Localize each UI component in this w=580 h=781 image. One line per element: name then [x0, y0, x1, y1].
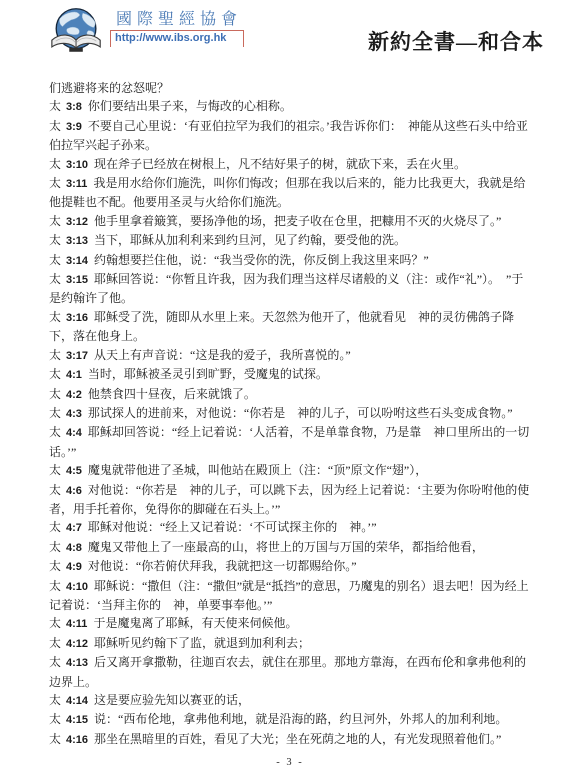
verse-paragraph: 太4:9对他说：“你若俯伏拜我，我就把这一切都赐给你。”	[49, 557, 533, 576]
verse-list: 太3:8你们要结出果子来，与悔改的心相称。 太3:9不要自己心里说：‘有亚伯拉罕…	[49, 97, 533, 749]
globe-book-logo-icon	[48, 7, 106, 54]
verse-book-label: 太	[49, 214, 61, 228]
verse-number: 4:2	[66, 389, 82, 401]
verse-text: 对他说：“你若俯伏拜我，我就把这一切都赐给你。”	[88, 559, 357, 573]
verse-paragraph: 太3:11我是用水给你们施洗，叫你们悔改；但那在我以后来的，能力比我更大，我就是…	[49, 174, 533, 212]
brand-text: 國際聖經協會 http://www.ibs.org.hk	[110, 7, 244, 47]
verse-paragraph: 太3:14约翰想要拦住他，说：“我当受你的洗，你反倒上我这里来吗？”	[49, 251, 533, 270]
verse-text: 约翰想要拦住他，说：“我当受你的洗，你反倒上我这里来吗？”	[94, 253, 429, 267]
verse-number: 3:15	[66, 274, 88, 286]
verse-paragraph: 太4:10耶稣说：“撒但（注：“撒但”就是“抵挡”的意思，乃魔鬼的别名）退去吧！…	[49, 577, 533, 615]
verse-text: 那试探人的进前来，对他说：“你若是 神的儿子，可以吩咐这些石头变成食物。”	[88, 406, 513, 420]
verse-book-label: 太	[49, 425, 61, 439]
verse-paragraph: 太4:2他禁食四十昼夜，后来就饿了。	[49, 385, 533, 404]
verse-book-label: 太	[49, 348, 61, 362]
verse-text: 从天上有声音说：“这是我的爱子，我所喜悦的。”	[94, 348, 351, 362]
verse-number: 4:14	[66, 695, 88, 707]
verse-text: 后又离开拿撒勒，往迦百农去，就住在那里。那地方靠海，在西布伦和拿弗他利的边界上。	[49, 655, 526, 688]
verse-text: 当时，耶稣被圣灵引到旷野，受魔鬼的试探。	[88, 367, 328, 381]
verse-book-label: 太	[49, 233, 61, 247]
verse-book-label: 太	[49, 520, 61, 534]
verse-paragraph: 太3:13当下，耶稣从加利利来到约旦河，见了约翰，要受他的洗。	[49, 231, 533, 250]
verse-book-label: 太	[49, 540, 61, 554]
verse-book-label: 太	[49, 712, 61, 726]
verse-book-label: 太	[49, 655, 61, 669]
verse-book-label: 太	[49, 157, 61, 171]
verse-number: 4:3	[66, 408, 82, 420]
verse-book-label: 太	[49, 463, 61, 477]
verse-number: 4:11	[66, 618, 87, 630]
verse-book-label: 太	[49, 119, 61, 133]
verse-paragraph: 太3:12他手里拿着簸箕，要扬净他的场，把麦子收在仓里，把糠用不灭的火烧尽了。”	[49, 212, 533, 231]
verse-text: 耶稣对他说：“经上又记着说：‘不可试探主你的 神。’”	[88, 520, 377, 534]
verse-text: 耶稣受了洗，随即从水里上来。天忽然为他开了，他就看见 神的灵彷佛鸽子降下，落在他…	[49, 310, 514, 343]
verse-book-label: 太	[49, 272, 61, 286]
verse-text: 耶稣却回答说：“经上记着说：‘人活着，不是单靠食物，乃是靠 神口里所出的一切话。…	[49, 425, 529, 458]
verse-book-label: 太	[49, 367, 61, 381]
verse-number: 4:16	[66, 734, 88, 746]
verse-text: 说：“西布伦地，拿弗他利地，就是沿海的路，约旦河外，外邦人的加利利地。	[94, 712, 507, 726]
verse-paragraph: 太4:4耶稣却回答说：“经上记着说：‘人活着，不是单靠食物，乃是靠 神口里所出的…	[49, 423, 533, 461]
verse-book-label: 太	[49, 176, 61, 190]
verse-book-label: 太	[49, 636, 61, 650]
verse-text: 你们要结出果子来，与悔改的心相称。	[88, 99, 292, 113]
verse-text: 现在斧子已经放在树根上，凡不结好果子的树，就砍下来，丢在火里。	[94, 157, 466, 171]
verse-paragraph: 太3:16耶稣受了洗，随即从水里上来。天忽然为他开了，他就看见 神的灵彷佛鸽子降…	[49, 308, 533, 346]
verse-paragraph: 太4:14这是要应验先知以赛亚的话，	[49, 691, 533, 710]
verse-text: 耶稣说：“撒但（注：“撒但”就是“抵挡”的意思，乃魔鬼的别名）退去吧！因为经上记…	[49, 579, 529, 612]
verse-text: 他禁食四十昼夜，后来就饿了。	[88, 387, 256, 401]
verse-book-label: 太	[49, 732, 61, 746]
verse-text: 耶稣听见约翰下了监，就退到加利利去；	[94, 636, 310, 650]
document-title: 新約全書—和合本	[368, 26, 544, 56]
verse-number: 4:4	[66, 427, 82, 439]
verse-book-label: 太	[49, 406, 61, 420]
verse-number: 3:17	[66, 350, 88, 362]
verse-text: 对他说：“你若是 神的儿子，可以跳下去，因为经上记着说：‘主要为你吩咐他的使者，…	[49, 483, 529, 516]
verse-number: 4:13	[66, 657, 88, 669]
scripture-body: 们逃避将来的忿怒呢？ 太3:8你们要结出果子来，与悔改的心相称。 太3:9不要自…	[49, 79, 533, 749]
verse-paragraph: 太4:12耶稣听见约翰下了监，就退到加利利去；	[49, 634, 533, 653]
verse-number: 4:10	[66, 581, 88, 593]
org-url-link[interactable]: http://www.ibs.org.hk	[110, 30, 244, 47]
verse-paragraph: 太4:13后又离开拿撒勒，往迦百农去，就住在那里。那地方靠海，在西布伦和拿弗他利…	[49, 653, 533, 691]
verse-number: 4:5	[66, 465, 82, 477]
ibs-brand-block: 國際聖經協會 http://www.ibs.org.hk	[48, 7, 244, 54]
page-header: 國際聖經協會 http://www.ibs.org.hk 新約全書—和合本	[0, 0, 580, 70]
verse-paragraph: 太4:15说：“西布伦地，拿弗他利地，就是沿海的路，约旦河外，外邦人的加利利地。	[49, 710, 533, 729]
verse-book-label: 太	[49, 693, 61, 707]
verse-text: 他手里拿着簸箕，要扬净他的场，把麦子收在仓里，把糠用不灭的火烧尽了。”	[94, 214, 501, 228]
verse-paragraph: 太4:16那坐在黑暗里的百姓，看见了大光；坐在死荫之地的人，有光发现照着他们。”	[49, 730, 533, 749]
page-number: - 3 -	[276, 757, 304, 768]
verse-number: 3:13	[66, 235, 88, 247]
verse-number: 3:10	[66, 159, 88, 171]
verse-number: 4:15	[66, 714, 88, 726]
verse-number: 3:12	[66, 216, 88, 228]
verse-text: 耶稣回答说：“你暂且许我，因为我们理当这样尽诸般的义（注：或作“礼”）。 ”于是…	[49, 272, 523, 305]
verse-number: 4:7	[66, 522, 82, 534]
verse-paragraph: 太3:15耶稣回答说：“你暂且许我，因为我们理当这样尽诸般的义（注：或作“礼”）…	[49, 270, 533, 308]
verse-paragraph: 太4:3那试探人的进前来，对他说：“你若是 神的儿子，可以吩咐这些石头变成食物。…	[49, 404, 533, 423]
verse-text: 这是要应验先知以赛亚的话，	[94, 693, 250, 707]
verse-paragraph: 太4:5魔鬼就带他进了圣城，叫他站在殿顶上（注：“顶”原文作“翅”），	[49, 461, 533, 480]
verse-number: 4:1	[66, 369, 82, 381]
verse-paragraph: 太4:7耶稣对他说：“经上又记着说：‘不可试探主你的 神。’”	[49, 518, 533, 537]
verse-book-label: 太	[49, 483, 61, 497]
verse-book-label: 太	[49, 616, 61, 630]
verse-book-label: 太	[49, 310, 61, 324]
verse-number: 3:16	[66, 312, 88, 324]
verse-number: 3:9	[66, 121, 82, 133]
verse-paragraph: 太3:8你们要结出果子来，与悔改的心相称。	[49, 97, 533, 116]
verse-number: 3:11	[66, 178, 87, 190]
continuation-line: 们逃避将来的忿怒呢？	[49, 79, 533, 97]
verse-paragraph: 太4:8魔鬼又带他上了一座最高的山，将世上的万国与万国的荣华，都指给他看，	[49, 538, 533, 557]
verse-text: 于是魔鬼离了耶稣，有天使来伺候他。	[93, 616, 297, 630]
verse-paragraph: 太3:17从天上有声音说：“这是我的爱子，我所喜悦的。”	[49, 346, 533, 365]
verse-number: 4:12	[66, 638, 88, 650]
verse-number: 4:8	[66, 542, 82, 554]
verse-text: 当下，耶稣从加利利来到约旦河，见了约翰，要受他的洗。	[94, 233, 406, 247]
verse-text: 那坐在黑暗里的百姓，看见了大光；坐在死荫之地的人，有光发现照着他们。”	[94, 732, 501, 746]
org-name: 國際聖經協會	[110, 11, 244, 30]
verse-paragraph: 太4:6对他说：“你若是 神的儿子，可以跳下去，因为经上记着说：‘主要为你吩咐他…	[49, 481, 533, 519]
verse-text: 魔鬼就带他进了圣城，叫他站在殿顶上（注：“顶”原文作“翅”），	[88, 463, 427, 477]
verse-paragraph: 太4:1当时，耶稣被圣灵引到旷野，受魔鬼的试探。	[49, 365, 533, 384]
verse-number: 4:6	[66, 485, 82, 497]
verse-book-label: 太	[49, 579, 61, 593]
verse-book-label: 太	[49, 253, 61, 267]
verse-paragraph: 太3:9不要自己心里说：‘有亚伯拉罕为我们的祖宗。’我告诉你们： 神能从这些石头…	[49, 117, 533, 155]
verse-paragraph: 太4:11于是魔鬼离了耶稣，有天使来伺候他。	[49, 614, 533, 633]
verse-paragraph: 太3:10现在斧子已经放在树根上，凡不结好果子的树，就砍下来，丢在火里。	[49, 155, 533, 174]
verse-number: 4:9	[66, 561, 82, 573]
verse-book-label: 太	[49, 559, 61, 573]
verse-number: 3:14	[66, 255, 88, 267]
verse-text: 我是用水给你们施洗，叫你们悔改；但那在我以后来的，能力比我更大，我就是给他提鞋也…	[49, 176, 525, 209]
verse-book-label: 太	[49, 387, 61, 401]
verse-number: 3:8	[66, 101, 82, 113]
page-footer: - 3 -	[0, 757, 580, 768]
document-page: 國際聖經協會 http://www.ibs.org.hk 新約全書—和合本 们逃…	[0, 0, 580, 781]
verse-text: 魔鬼又带他上了一座最高的山，将世上的万国与万国的荣华，都指给他看，	[88, 540, 484, 554]
verse-book-label: 太	[49, 99, 61, 113]
verse-text: 不要自己心里说：‘有亚伯拉罕为我们的祖宗。’我告诉你们： 神能从这些石头中给亚伯…	[49, 119, 528, 152]
